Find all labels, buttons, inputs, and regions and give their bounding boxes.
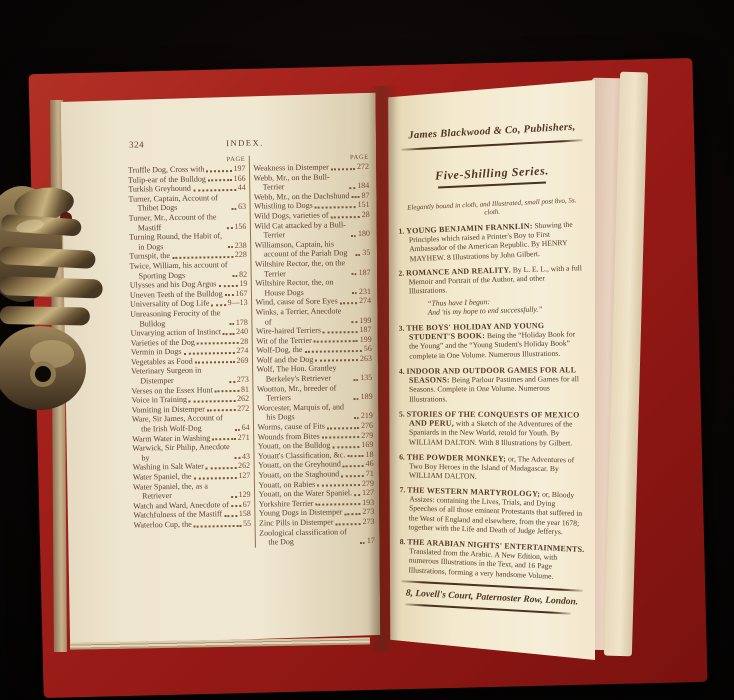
dot-leader: [354, 417, 359, 419]
dot-leader: [323, 331, 358, 334]
entry-page-number: 17: [367, 536, 375, 546]
entry-page-number: 46: [366, 459, 374, 469]
series-item-description: or, Bloody Assizes: containing the Lives…: [408, 490, 582, 536]
dot-leader: [332, 446, 359, 448]
entry-title: Winks, a Terrier, Anecdote of: [256, 306, 350, 327]
dot-leader: [189, 400, 235, 403]
page-number: 324: [129, 139, 144, 149]
entry-title: Turner, Mr., Account of the Mastiff: [129, 212, 226, 233]
entry-page-number: 274: [359, 296, 371, 306]
entry-page-number: 184: [357, 181, 369, 191]
entry-page-number: 269: [236, 356, 248, 366]
entry-page-number: 87: [361, 191, 369, 201]
index-entry: Worcester, Marquis of, and his Dogs219: [257, 402, 373, 423]
entry-title: Twice, William, his account of Sporting …: [129, 260, 230, 281]
entry-title: Washing in Salt Water: [133, 462, 204, 473]
dot-leader: [231, 496, 236, 498]
dot-leader: [315, 503, 360, 506]
entry-page-number: 187: [359, 267, 371, 277]
entry-page-number: 273: [237, 375, 249, 385]
index-entry: Ware, Sir James, Account of the Irish Wo…: [132, 413, 250, 434]
entry-title: Turner, Captain, Account of Thibet Dogs: [128, 193, 229, 214]
entry-page-number: 240: [236, 327, 248, 337]
photo-background: 324 INDEX. PAGETruffle Dog, Cross with19…: [0, 0, 734, 700]
series-item-number: 7.: [399, 485, 405, 494]
entry-page-number: 219: [361, 411, 373, 421]
entry-page-number: 167: [235, 289, 247, 299]
entry-page-number: 262: [237, 394, 249, 404]
entry-title: Zoological classification of the Dog: [259, 527, 358, 548]
dot-leader: [235, 429, 240, 431]
entry-title: Webb, Mr., on the Bull-Terrier: [254, 172, 348, 193]
header-rule: [401, 139, 583, 151]
index-page-header: 324 INDEX.: [129, 136, 370, 150]
series-item-number: 8.: [399, 537, 405, 546]
dot-leader: [317, 484, 360, 487]
dot-leader: [229, 323, 234, 325]
entry-page-number: 44: [238, 183, 246, 193]
dot-leader: [206, 467, 236, 469]
dot-leader: [315, 360, 358, 363]
dot-leader: [224, 515, 237, 517]
dot-leader: [223, 333, 234, 335]
index-entry: Turner, Captain, Account of Thibet Dogs6…: [128, 193, 246, 214]
index-entry: Winks, a Terrier, Anecdote of199: [256, 306, 372, 327]
index-entry: Wootton, Mr., breeder of Terriers189: [257, 382, 373, 403]
dot-leader: [314, 340, 358, 343]
entry-title: Unreasoning Ferocity of the Bulldog: [130, 308, 227, 329]
index-entry: Williamson, Captain, his account of the …: [255, 239, 371, 260]
series-item-number: 6.: [399, 452, 405, 461]
entry-title: Wild Cat attacked by a Bull-Terrier: [254, 220, 349, 241]
entry-page-number: 197: [233, 164, 245, 174]
entry-page-number: 189: [361, 392, 373, 402]
dot-leader: [193, 477, 236, 480]
series-item: 7. THE WESTERN MARTYROLOGY; or, Bloody A…: [398, 485, 585, 537]
entry-page-number: 231: [359, 287, 371, 297]
entry-page-number: 166: [234, 173, 246, 183]
entry-page-number: 127: [238, 471, 250, 481]
entry-title: Wolf, The Hon. Grantley Berkeley's Retri…: [257, 364, 352, 385]
entry-page-number: 151: [357, 200, 369, 210]
entry-title: Water Spaniel, the, as a Retriever: [133, 481, 229, 502]
dot-leader: [184, 352, 235, 355]
dot-leader: [197, 342, 238, 345]
series-item-number: 5.: [399, 409, 405, 418]
index-entry: Water Spaniel, the, as a Retriever129: [133, 480, 251, 501]
series-intro: Elegantly bound in cloth, and Illustrate…: [399, 195, 586, 219]
entry-page-number: 19: [239, 279, 247, 289]
entry-page-number: 127: [362, 488, 374, 498]
dot-leader: [315, 206, 356, 209]
entry-page-number: 129: [239, 490, 251, 500]
entry-page-number: 43: [242, 452, 250, 462]
series-item: 5. STORIES OF THE CONQUESTS OF MEXICO AN…: [399, 409, 585, 447]
series-item-number: 4.: [399, 367, 405, 376]
series-item: 8. THE ARABIAN NIGHTS' ENTERTAINMENTS. T…: [398, 537, 585, 582]
dot-leader: [344, 513, 360, 515]
entry-title: Veterinary Surgeon in Distemper: [131, 366, 227, 387]
series-item-number: 1.: [398, 226, 404, 235]
dot-leader: [351, 196, 359, 198]
entry-page-number: 228: [235, 250, 247, 260]
entry-page-number: 156: [234, 221, 246, 231]
dot-leader: [353, 379, 358, 381]
entry-title: Varieties of the Dog: [131, 337, 195, 348]
dot-leader: [331, 168, 355, 170]
series-item: 2. ROMANCE AND REALITY. By L. E. L., wit…: [398, 264, 585, 319]
series-item: 1. YOUNG BENJAMIN FRANKLIN: Showing the …: [398, 219, 585, 263]
dot-leader: [206, 170, 231, 172]
index-entry: Veterinary Surgeon in Distemper273: [131, 365, 249, 386]
entry-page-number: 238: [235, 241, 247, 251]
entry-page-number: 193: [362, 498, 374, 508]
dot-leader: [225, 294, 234, 296]
brass-clasp: [0, 166, 112, 422]
index-column-right: PAGEWeakness in Distemper272Webb, Mr., o…: [248, 154, 375, 548]
dot-leader: [327, 427, 359, 430]
dot-leader: [231, 505, 241, 507]
dot-leader: [193, 189, 236, 192]
entry-page-number: 63: [238, 202, 246, 212]
entry-page-number: 262: [238, 461, 250, 471]
page-title: INDEX.: [144, 136, 346, 149]
entry-page-number: 199: [360, 335, 372, 345]
dot-leader: [172, 256, 233, 259]
entry-page-number: 273: [362, 507, 374, 517]
index-entry: Turning Round, the Habit of, in Dogs238: [129, 231, 247, 252]
entry-page-number: 271: [238, 432, 250, 442]
series-list: 1. YOUNG BENJAMIN FRANKLIN: Showing the …: [399, 223, 585, 579]
dot-leader: [231, 208, 236, 210]
dot-leader: [335, 523, 360, 525]
dot-leader: [207, 409, 235, 411]
entry-page-number: 180: [358, 229, 370, 239]
index-entry: Unreasoning Ferocity of the Bulldog178: [130, 308, 248, 329]
entry-page-number: 272: [357, 162, 369, 172]
publisher-ad-page: James Blackwood & Co, Publishers, Five-S…: [385, 80, 595, 660]
clasp-finger-4: [0, 306, 90, 326]
dot-leader: [229, 381, 234, 383]
dot-leader: [340, 302, 357, 304]
entry-title: Wiltshire Rector, the, on the Terrier: [255, 258, 350, 279]
entry-page-number: 279: [361, 430, 373, 440]
index-entry: Turner, Mr., Account of the Mastiff156: [129, 212, 247, 233]
dot-leader: [228, 246, 233, 248]
entry-page-number: 9—13: [228, 298, 248, 308]
entry-title: Turning Round, the Habit of, in Dogs: [129, 231, 226, 252]
dot-leader: [341, 475, 364, 477]
index-entry: Zoological classification of the Dog17: [259, 526, 375, 547]
index-entry: Webb, Mr., on the Bull-Terrier184: [254, 171, 370, 192]
entry-page-number: 178: [236, 317, 248, 327]
dot-leader: [352, 292, 357, 294]
dot-leader: [322, 436, 359, 439]
entry-page-number: 28: [240, 336, 248, 346]
entry-page-number: 279: [362, 478, 374, 488]
series-item: 6. THE POWDER MONKEY; or, The Adventures…: [399, 452, 585, 483]
entry-page-number: 276: [361, 421, 373, 431]
dot-leader: [360, 542, 365, 544]
entry-page-number: 71: [366, 469, 374, 479]
dot-leader: [343, 465, 364, 467]
dot-leader: [331, 216, 360, 218]
dot-leader: [227, 227, 232, 229]
entry-page-number: 272: [237, 404, 249, 414]
dot-leader: [215, 390, 239, 392]
entry-page-number: 55: [243, 519, 251, 529]
entry-page-number: 273: [362, 517, 374, 527]
dot-leader: [212, 438, 236, 440]
series-item-number: 2.: [398, 269, 404, 278]
dot-leader: [351, 321, 357, 323]
publisher-name: James Blackwood & Co, Publishers,: [399, 121, 585, 142]
entry-page-number: 82: [239, 269, 247, 279]
entry-page-number: 28: [362, 210, 370, 220]
entry-page-number: 199: [359, 315, 371, 325]
dot-leader: [304, 350, 362, 353]
index-entry: Twice, William, his account of Sporting …: [129, 260, 247, 281]
entry-page-number: 274: [236, 346, 248, 356]
entry-title: Worcester, Marquis of, and his Dogs: [257, 402, 352, 423]
dot-leader: [218, 285, 237, 287]
index-entry: Wolf, The Hon. Grantley Berkeley's Retri…: [257, 363, 373, 384]
entry-title: Waterloo Cup, the: [133, 520, 191, 531]
entry-page-number: 135: [360, 373, 372, 383]
entry-title: Ware, Sir James, Account of the Irish Wo…: [132, 413, 233, 434]
index-entry: Waterloo Cup, the55: [133, 519, 251, 530]
index-columns: PAGETruffle Dog, Cross with197Tulip-ear …: [128, 154, 375, 549]
dot-leader: [211, 304, 225, 306]
entry-page-number: 64: [241, 423, 249, 433]
entry-page-number: 18: [365, 450, 373, 460]
series-item-number: 3.: [399, 324, 405, 333]
dot-leader: [355, 254, 360, 256]
dot-leader: [351, 235, 356, 237]
series-item: 3. THE BOYS' HOLIDAY AND YOUNG STUDENT'S…: [399, 321, 586, 361]
entry-page-number: 169: [361, 440, 373, 450]
dot-leader: [354, 494, 360, 496]
clasp-finger-3: [0, 276, 103, 299]
entry-page-number: 35: [362, 248, 370, 258]
index-column-left: PAGETruffle Dog, Cross with197Tulip-ear …: [128, 156, 255, 550]
series-item: 4. INDOOR AND OUTDOOR GAMES FOR ALL SEAS…: [399, 365, 585, 403]
entry-page-number: 187: [359, 325, 371, 335]
entry-title: Wit of the Terrier: [256, 335, 312, 345]
entry-page-number: 67: [243, 500, 251, 510]
index-entry: Wiltshire Rector, the, on the Terrier187: [255, 258, 371, 279]
clasp-rivet-hole: [35, 366, 51, 382]
dot-leader: [352, 273, 357, 275]
entry-title: Wootton, Mr., breeder of Terriers: [257, 383, 352, 404]
entry-title: Wiltshire Rector, the, on House Dogs: [255, 277, 350, 298]
entry-title: Tulip-ear of the Bulldog: [128, 174, 206, 185]
entry-title: Williamson, Captain, his account of the …: [255, 239, 354, 260]
index-entry: Warwick, Sir Philip, Anecdote by43: [132, 442, 250, 463]
entry-page-number: 158: [239, 509, 251, 519]
entry-page-number: 81: [241, 384, 249, 394]
dot-leader: [350, 187, 356, 189]
dot-leader: [234, 457, 240, 459]
index-entry: Wild Cat attacked by a Bull-Terrier180: [254, 219, 370, 240]
entry-page-number: 263: [360, 354, 372, 364]
dot-leader: [353, 398, 358, 400]
index-entry: Wiltshire Rector, the, on House Dogs231: [255, 277, 371, 298]
series-item-quote: “Thus have I begun: And 'tis my hope to …: [427, 294, 585, 317]
entry-title: Warwick, Sir Philip, Anecdote by: [132, 442, 232, 463]
dot-leader: [194, 524, 241, 527]
entry-page-number: 56: [364, 344, 372, 354]
dot-leader: [232, 275, 237, 277]
dot-leader: [195, 361, 235, 364]
dot-leader: [347, 455, 363, 457]
series-item-description: Translated from the Arabic. A New Editio…: [408, 547, 557, 581]
dot-leader: [208, 179, 232, 181]
series-title: Five-Shilling Series.: [399, 162, 586, 186]
